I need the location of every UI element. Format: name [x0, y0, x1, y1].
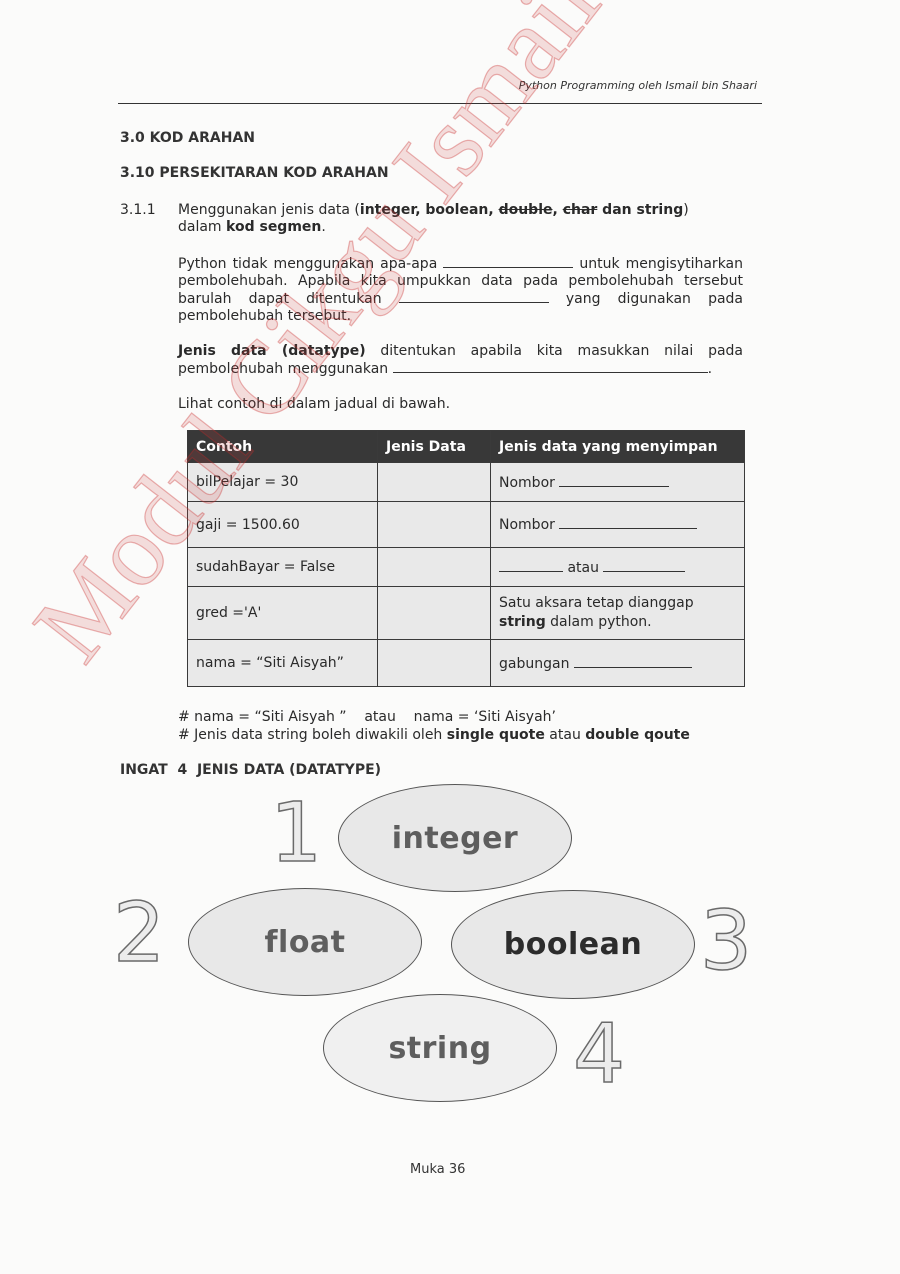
cell-simpan: Nombor: [491, 502, 745, 548]
chapter-heading: 3.0 KOD ARAHAN: [120, 130, 255, 146]
struck-char: char: [563, 202, 598, 218]
subsection-number: 3.1.1: [120, 202, 156, 218]
header-jenis-data: Jenis Data: [378, 431, 491, 463]
note-mid: atau: [545, 727, 585, 743]
para2-end: .: [708, 361, 712, 377]
cell-simpan: atau: [491, 548, 745, 587]
note-double-quote: double qoute: [585, 727, 690, 743]
cell-simpan-text: atau: [563, 560, 603, 576]
cell-simpan-text: Nombor: [499, 475, 559, 491]
cell-jenis-data[interactable]: [378, 587, 491, 640]
table-header-row: Contoh Jenis Data Jenis data yang menyim…: [188, 431, 745, 463]
number-2: 2: [113, 893, 165, 975]
header-contoh: Contoh: [188, 431, 378, 463]
section-heading: 3.10 PERSEKITARAN KOD ARAHAN: [120, 165, 389, 181]
datatype-bold: Jenis data (datatype): [178, 343, 366, 359]
page-number: Muka 36: [410, 1162, 465, 1177]
fill-blank[interactable]: [574, 655, 692, 668]
cell-contoh: sudahBayar = False: [188, 548, 378, 587]
cell-simpan-text: gabungan: [499, 656, 574, 672]
intro-period: .: [321, 219, 325, 235]
running-header: Python Programming oleh Ismail bin Shaar…: [519, 79, 757, 92]
fill-blank[interactable]: [559, 474, 669, 487]
table-row: nama = “Siti Aisyah” gabungan: [188, 640, 745, 687]
note-string-example: # nama = “Siti Aisyah ” atau nama = ‘Sit…: [178, 709, 556, 725]
datatype-boolean: boolean: [451, 890, 695, 999]
note-single-quote: single quote: [447, 727, 545, 743]
intro-text: Menggunakan jenis data (: [178, 202, 360, 218]
header-jenis-simpan: Jenis data yang menyimpan: [491, 431, 745, 463]
table-row: gred ='A' Satu aksara tetap dianggapstri…: [188, 587, 745, 640]
fill-blank-1[interactable]: [443, 255, 573, 268]
note-string-quotes: # Jenis data string boleh diwakili oleh …: [178, 727, 690, 743]
cell-contoh: gaji = 1500.60: [188, 502, 378, 548]
paragraph-declaration: Python tidak menggunakan apa-apa untuk m…: [178, 255, 743, 325]
fill-blank[interactable]: [559, 516, 697, 529]
header-rule: [118, 103, 762, 104]
datatype-float: float: [188, 888, 422, 996]
intro-line2: dalam: [178, 219, 226, 235]
cell-simpan-text: Satu aksara tetap dianggap: [499, 595, 694, 611]
note-text: # Jenis data string boleh diwakili oleh: [178, 727, 447, 743]
table-row: sudahBayar = False atau: [188, 548, 745, 587]
cell-simpan-text: Nombor: [499, 517, 559, 533]
cell-simpan: Nombor: [491, 463, 745, 502]
datatype-integer: integer: [338, 784, 572, 892]
cell-simpan: Satu aksara tetap dianggapstring dalam p…: [491, 587, 745, 640]
intro-bold-types: integer, boolean,: [360, 202, 499, 218]
cell-contoh: nama = “Siti Aisyah”: [188, 640, 378, 687]
cell-contoh: bilPelajar = 30: [188, 463, 378, 502]
intro-close: ): [683, 202, 688, 218]
intro-comma: ,: [552, 202, 562, 218]
struck-double: double: [499, 202, 553, 218]
fill-blank-3[interactable]: [393, 360, 708, 373]
fill-blank[interactable]: [499, 559, 563, 572]
cell-jenis-data[interactable]: [378, 502, 491, 548]
table-row: gaji = 1500.60 Nombor: [188, 502, 745, 548]
datatypes-title: INGAT 4 JENIS DATA (DATATYPE): [120, 762, 381, 778]
cell-contoh: gred ='A': [188, 587, 378, 640]
table-row: bilPelajar = 30 Nombor: [188, 463, 745, 502]
cell-simpan: gabungan: [491, 640, 745, 687]
intro-bold-string: dan string: [597, 202, 683, 218]
para1-text-a: Python tidak menggunakan apa-apa: [178, 256, 443, 272]
intro-kod-segmen: kod segmen: [226, 219, 321, 235]
cell-jenis-data[interactable]: [378, 548, 491, 587]
fill-blank[interactable]: [603, 559, 685, 572]
datatype-string: string: [323, 994, 557, 1102]
subsection-intro: Menggunakan jenis data (integer, boolean…: [178, 202, 743, 236]
paragraph-datatype: Jenis data (datatype) ditentukan apabila…: [178, 343, 743, 378]
cell-simpan-rest: dalam python.: [546, 614, 652, 630]
cell-jenis-data[interactable]: [378, 463, 491, 502]
number-1: 1: [270, 793, 322, 875]
paragraph-see-table: Lihat contoh di dalam jadual di bawah.: [178, 396, 743, 413]
fill-blank-2[interactable]: [399, 290, 549, 303]
number-3: 3: [700, 901, 752, 983]
cell-jenis-data[interactable]: [378, 640, 491, 687]
cell-simpan-bold: string: [499, 614, 546, 630]
datatype-table: Contoh Jenis Data Jenis data yang menyim…: [187, 430, 745, 687]
number-4: 4: [573, 1014, 625, 1096]
